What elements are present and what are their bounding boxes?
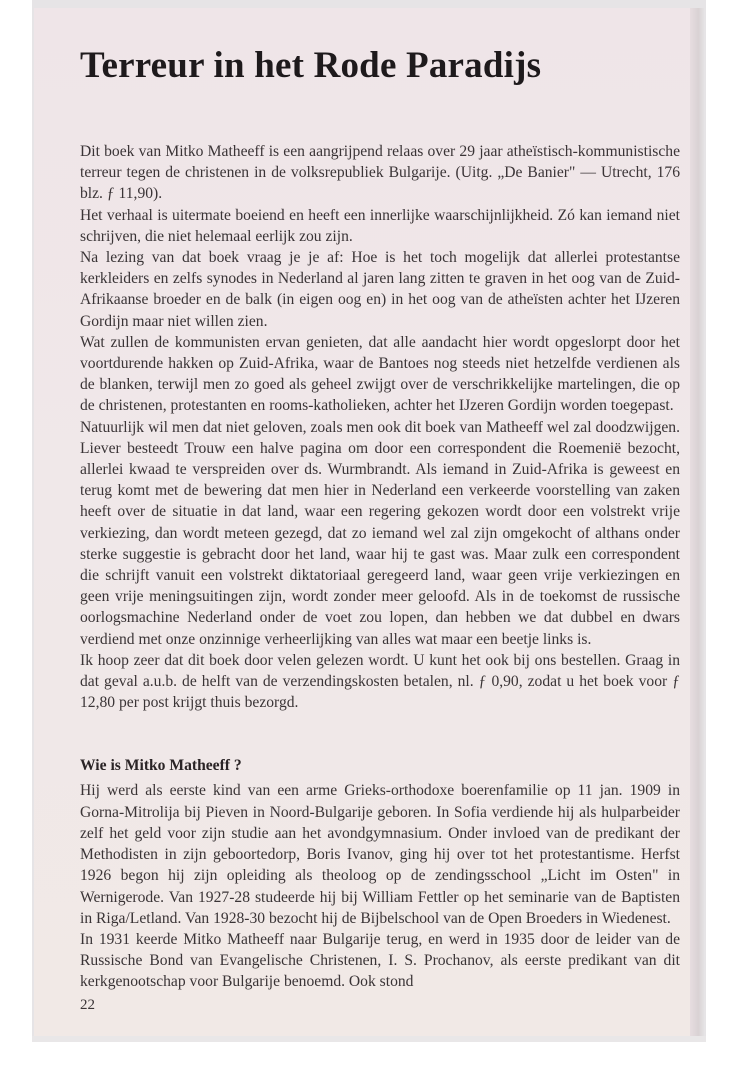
biography-section: Hij werd als eerste kind van een arme Gr… — [80, 780, 680, 992]
paragraph-intro: Dit boek van Mitko Matheeff is een aangr… — [80, 141, 680, 205]
section-heading: Wie is Mitko Matheeff ? — [80, 755, 680, 776]
paper-bottom-edge — [32, 1036, 706, 1042]
review-body: Dit boek van Mitko Matheeff is een aangr… — [80, 141, 680, 713]
paragraph-communists: Wat zullen de kommunisten ervan genieten… — [80, 332, 680, 417]
paragraph-return: In 1931 keerde Mitko Matheeff naar Bulga… — [80, 929, 680, 993]
paragraph-question: Na lezing van dat boek vraag je je af: H… — [80, 247, 680, 332]
paper-edge-shadow — [690, 8, 704, 1036]
page-title: Terreur in het Rode Paradijs — [80, 44, 680, 88]
page-number: 22 — [80, 997, 680, 1014]
paragraph-story: Het verhaal is uitermate boeiend en heef… — [80, 205, 680, 247]
paragraph-believe: Natuurlijk wil men dat niet geloven, zoa… — [80, 417, 680, 650]
paragraph-biography: Hij werd als eerste kind van een arme Gr… — [80, 780, 680, 928]
page-content: Terreur in het Rode Paradijs Dit boek va… — [80, 30, 680, 1014]
paragraph-order: Ik hoop zeer dat dit boek door velen gel… — [80, 650, 680, 714]
